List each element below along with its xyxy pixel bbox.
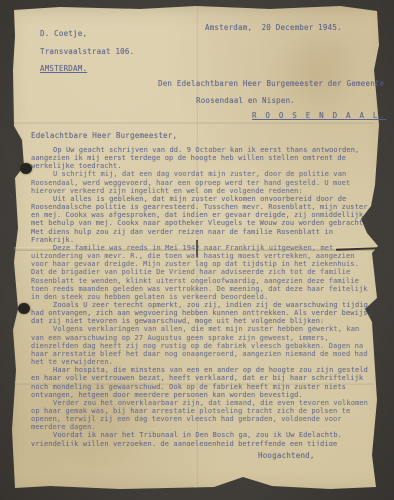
addressee-line2: Roosendaal en Nispen. (196, 96, 295, 105)
letter-paragraph: Voordat ik naar het Tribunaal in Den Bos… (31, 431, 374, 446)
letter-paragraph: Op Uw geacht schrijven van dd. 9 October… (31, 146, 374, 170)
addressee-line1: Den Edelachtbaren Heer Burgemeester der … (158, 79, 384, 88)
letter-body: Op Uw geacht schrijven van dd. 9 October… (31, 146, 374, 446)
punch-hole-bottom (18, 303, 30, 314)
letter-paragraph: Uit alles is gebleken, dat mijn zuster v… (31, 195, 374, 244)
closing: Hoogachtend, (258, 451, 315, 460)
letter-paragraph: Deze familie was reeds in Mei 1942 naar … (31, 244, 374, 301)
letter-paragraph: Verder zou het onverklaarbaar zijn, dat … (31, 399, 374, 432)
letter-paragraph: U schrijft mij, dat een dag voordat mijn… (31, 170, 374, 194)
letter-paragraph: Zooals U zeer terecht opmerkt, zou zij, … (31, 301, 374, 325)
addressee-city: R O O S E N D A A L. (252, 111, 386, 120)
sender-city: AMSTERDAM. (40, 64, 87, 73)
sender-name: D. Coetje, (40, 29, 87, 38)
date-line: Amsterdam, 20 December 1945. (205, 23, 342, 32)
salutation: Edelachtbare Heer Burgemeester, (31, 131, 177, 140)
letter-paragraph: Haar hospita, die minstens van een en an… (31, 366, 374, 399)
sender-street: Transvaalstraat 106. (40, 47, 134, 56)
fold-crease-top (14, 120, 374, 124)
letter-photo: Amsterdam, 20 December 1945. D. Coetje, … (0, 0, 394, 500)
letter-paragraph: Volgens verklaringen van allen, die met … (31, 325, 374, 366)
